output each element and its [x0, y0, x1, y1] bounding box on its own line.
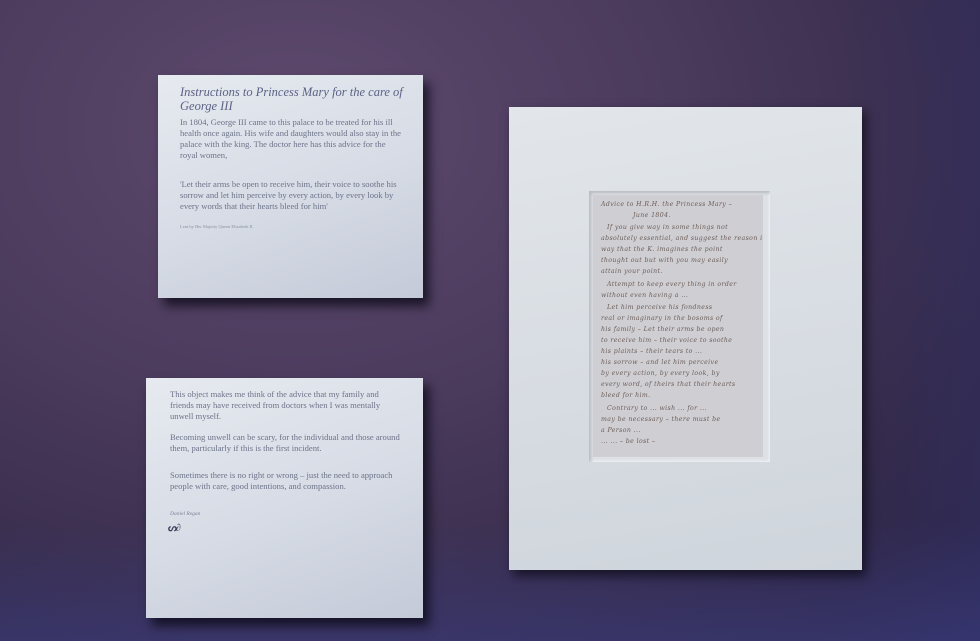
letter-line: absolutely essential, and suggest the re… — [601, 233, 763, 244]
mount-window: Advice to H.R.H. the Princess Mary – Jun… — [589, 191, 770, 462]
panel-paragraph: This object makes me think of the advice… — [170, 389, 400, 422]
panel-paragraph: Sometimes there is no right or wrong – j… — [170, 470, 400, 492]
letter-line: June 1804. — [633, 210, 671, 221]
letter-line: his plaints – their tears to ... — [601, 346, 702, 357]
letter-line: real or imaginary in the bosoms of — [601, 313, 723, 324]
letter-line: If you give way in some things not — [607, 222, 728, 233]
panel-title: Instructions to Princess Mary for the ca… — [180, 85, 410, 113]
letter-line: Attempt to keep every thing in order — [607, 279, 737, 290]
letter-line: bleed for him. — [601, 390, 651, 401]
letter-line: to receive him – their voice to soothe — [601, 335, 732, 346]
letter-line: by every action, by every look, by — [601, 368, 720, 379]
panel-paragraph: Becoming unwell can be scary, for the in… — [170, 432, 400, 454]
letter-line: a Person ... — [601, 425, 641, 436]
handwritten-letter: Advice to H.R.H. the Princess Mary – Jun… — [593, 195, 763, 457]
letter-mount-frame: Advice to H.R.H. the Princess Mary – Jun… — [509, 107, 862, 570]
letter-line: may be necessary – there must be — [601, 414, 721, 425]
letter-line: attain your point. — [601, 266, 663, 277]
letter-line: his sorrow – and let him perceive — [601, 357, 719, 368]
letter-line: thought out but with you may easily — [601, 255, 728, 266]
letter-line: his family – Let their arms be open — [601, 324, 724, 335]
panel-quote: 'Let their arms be open to receive him, … — [180, 179, 410, 212]
interpretive-panel-history: Instructions to Princess Mary for the ca… — [158, 75, 423, 298]
letter-line: every word, of theirs that their hearts — [601, 379, 736, 390]
panel-author: Daniel Regan — [170, 509, 200, 520]
panel-paragraph: In 1804, George III came to this palace … — [180, 117, 405, 161]
letter-line: ... ... – be lost – — [601, 436, 655, 447]
letter-line: way that the K. imagines the point — [601, 244, 723, 255]
letter-line: Contrary to ... wish ... for ... — [607, 403, 707, 414]
artist-logo-icon: ᔕ∂ — [168, 523, 180, 534]
panel-credit: Lent by Her Majesty Queen Elizabeth II — [180, 224, 380, 230]
letter-line: Let him perceive his fondness — [607, 302, 713, 313]
letter-line: Advice to H.R.H. the Princess Mary – — [601, 199, 732, 210]
interpretive-panel-personal-response: This object makes me think of the advice… — [146, 378, 423, 618]
letter-line: without even having a ... — [601, 290, 688, 301]
